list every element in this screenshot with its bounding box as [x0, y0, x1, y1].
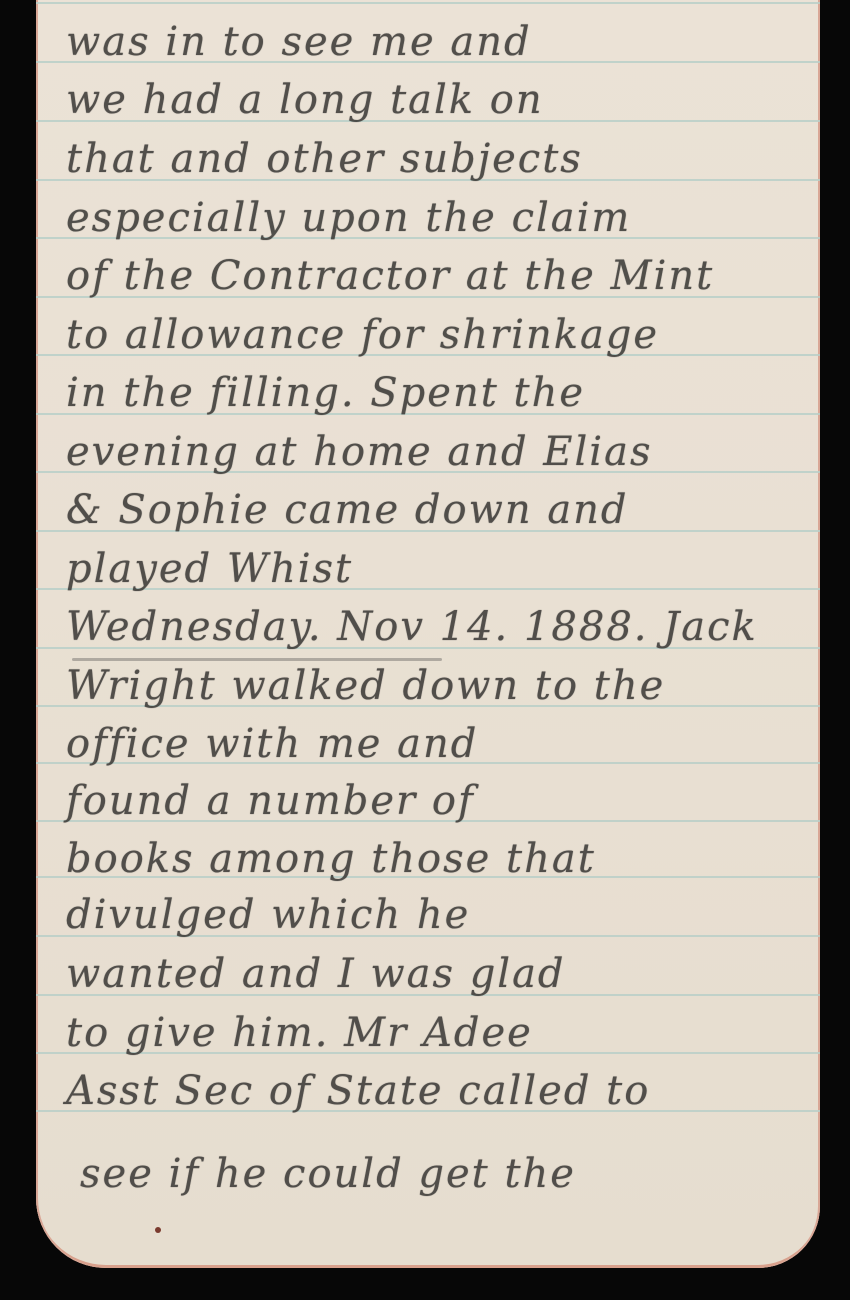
handwriting-line: we had a long talk on	[66, 76, 806, 124]
handwriting-line: found a number of	[66, 777, 806, 825]
date-underline	[72, 658, 442, 661]
handwriting-line: of the Contractor at the Mint	[66, 252, 806, 300]
handwriting-line: Wright walked down to the	[66, 662, 806, 710]
ink-spot	[155, 1227, 161, 1233]
handwriting-line: divulged which he	[66, 891, 806, 939]
handwriting-line: that and other subjects	[66, 135, 806, 183]
handwriting-line: especially upon the claim	[66, 194, 806, 242]
rule-line	[36, 2, 820, 4]
handwriting-line: & Sophie came down and	[66, 486, 806, 534]
handwriting-line: office with me and	[66, 720, 806, 768]
handwriting-line: was in to see me and	[66, 18, 806, 66]
date-heading-line: Wednesday. Nov 14. 1888. Jack	[66, 603, 806, 651]
handwriting-line: in the filling. Spent the	[66, 369, 806, 417]
handwriting-line: Asst Sec of State called to	[66, 1067, 806, 1115]
handwriting-line: books among those that	[66, 835, 806, 883]
handwriting-line: played Whist	[66, 545, 806, 593]
handwriting-line: to allowance for shrinkage	[66, 311, 806, 359]
scanned-notebook-page: was in to see me and we had a long talk …	[0, 0, 850, 1300]
notebook-page: was in to see me and we had a long talk …	[36, 0, 820, 1268]
handwriting-line: to give him. Mr Adee	[66, 1009, 806, 1057]
handwriting-line: wanted and I was glad	[66, 950, 806, 998]
handwriting-line: evening at home and Elias	[66, 428, 806, 476]
handwriting-line: see if he could get the	[80, 1150, 820, 1198]
